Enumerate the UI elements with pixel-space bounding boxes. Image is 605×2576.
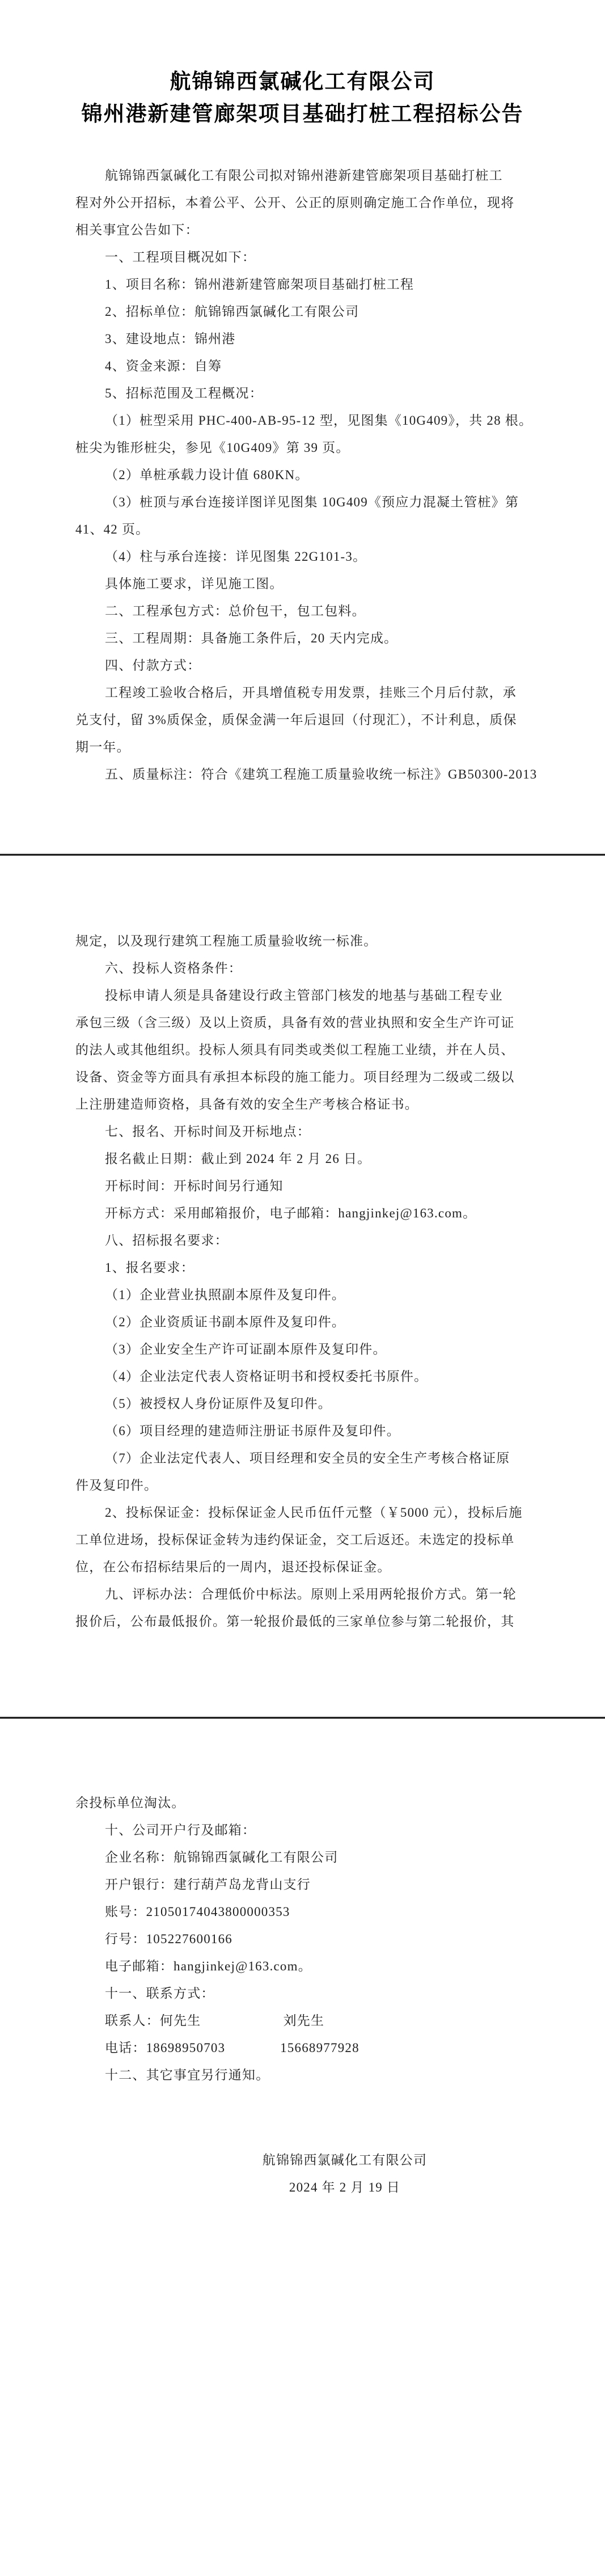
page-divider [0,1716,605,1719]
text-line: 4、资金来源：自筹 [75,353,543,380]
text-line: （5）被授权人身份证原件及复印件。 [75,1390,543,1418]
text-line: 工程竣工验收合格后，开具增值税专用发票，挂账三个月后付款，承 [75,679,543,707]
text-line: 工单位进场，投标保证金转为违约保证金，交工后返还。未选定的投标单 [75,1526,543,1554]
text-line: 二、工程承包方式：总价包干，包工包料。 [75,598,543,625]
text-line: （4）柱与承台连接：详见图集 22G101-3。 [75,543,543,570]
text-line: 九、评标办法：合理低价中标法。原则上采用两轮报价方式。第一轮 [75,1581,543,1608]
text-line: 程对外公开招标，本着公平、公开、公正的原则确定施工合作单位，现将 [75,189,543,217]
text-line: 八、招标报名要求： [75,1227,543,1254]
text-line: 相关事宜公告如下： [75,217,543,244]
text-line: （2）企业资质证书副本原件及复印件。 [75,1309,543,1336]
text-line: 开标方式：采用邮箱报价，电子邮箱：hangjinkej@163.com。 [75,1200,543,1227]
text-line: （2）单桩承载力设计值 680KN。 [75,462,543,489]
text-line: （7）企业法定代表人、项目经理和安全员的安全生产考核合格证原 [75,1445,543,1472]
page-3-body: 余投标单位淘汰。十、公司开户行及邮箱：企业名称：航锦锦西氯碱化工有限公司开户银行… [75,1790,543,2089]
text-line: 上注册建造师资格，具备有效的安全生产考核合格证书。 [75,1091,543,1118]
text-line: （4）企业法定代表人资格证明书和授权委托书原件。 [75,1363,543,1390]
text-line: 报名截止日期：截止到 2024 年 2 月 26 日。 [75,1145,543,1173]
text-line: 十一、联系方式： [75,1980,543,2007]
title-line-2: 锦州港新建管廊架项目基础打桩工程招标公告 [0,98,605,130]
text-line: （1）桩型采用 PHC-400-AB-95-12 型，见图集《10G409》，共… [75,407,543,434]
page-divider-line [0,854,605,856]
text-line: 2、投标保证金：投标保证金人民币伍仟元整（￥5000 元），投标后施 [75,1499,543,1526]
text-line: 的法人或其他组织。投标人须具有同类或类似工程施工业绩，并在人员、 [75,1037,543,1064]
document-title: 航锦锦西氯碱化工有限公司 锦州港新建管廊架项目基础打桩工程招标公告 [0,66,605,130]
text-line: 账号：21050174043800000353 [75,1898,543,1926]
text-line: 兑支付，留 3%质保金，质保金满一年后退回（付现汇），不计利息，质保 [75,707,543,734]
text-line: 投标申请人须是具备建设行政主管部门核发的地基与基础工程专业 [75,982,543,1009]
signature-block: 航锦锦西氯碱化工有限公司 2024 年 2 月 19 日 [112,2147,577,2201]
text-line: 四、付款方式： [75,652,543,679]
text-line: 41、42 页。 [75,516,543,543]
text-line: 2、招标单位：航锦锦西氯碱化工有限公司 [75,298,543,325]
text-line: 企业名称：航锦锦西氯碱化工有限公司 [75,1844,543,1871]
text-line: 电子邮箱：hangjinkej@163.com。 [75,1953,543,1980]
text-line: 六、投标人资格条件： [75,955,543,982]
text-line: 开标时间：开标时间另行通知 [75,1173,543,1200]
text-line: 期一年。 [75,734,543,761]
text-line: 5、招标范围及工程概况： [75,380,543,407]
text-line: 三、工程周期：具备施工条件后，20 天内完成。 [75,625,543,652]
text-line: 五、质量标注：符合《建筑工程施工质量验收统一标注》GB50300-2013 [75,761,543,788]
text-line: 十、公司开户行及邮箱： [75,1817,543,1844]
text-line: （3）企业安全生产许可证副本原件及复印件。 [75,1336,543,1363]
text-line: （6）项目经理的建造师注册证书原件及复印件。 [75,1418,543,1445]
document-page: 航锦锦西氯碱化工有限公司 锦州港新建管廊架项目基础打桩工程招标公告 航锦锦西氯碱… [0,0,605,2576]
signature-date: 2024 年 2 月 19 日 [112,2174,577,2201]
page-divider [0,853,605,856]
text-line: 航锦锦西氯碱化工有限公司拟对锦州港新建管廊架项目基础打桩工 [75,162,543,189]
text-line: 3、建设地点：锦州港 [75,325,543,353]
signature-company: 航锦锦西氯碱化工有限公司 [112,2147,577,2174]
page-1-body: 航锦锦西氯碱化工有限公司拟对锦州港新建管廊架项目基础打桩工程对外公开招标，本着公… [75,162,543,788]
text-line: 余投标单位淘汰。 [75,1790,543,1817]
text-line: 设备、资金等方面具有承担本标段的施工能力。项目经理为二级或二级以 [75,1064,543,1091]
text-line: 承包三级（含三级）及以上资质，具备有效的营业执照和安全生产许可证 [75,1009,543,1037]
text-line: 行号：105227600166 [75,1926,543,1953]
text-line: 件及复印件。 [75,1472,543,1499]
text-line: 1、报名要求： [75,1254,543,1281]
text-line: 联系人：何先生 刘先生 [75,2007,543,2034]
text-line: 十二、其它事宜另行通知。 [75,2062,543,2089]
text-line: 桩尖为锥形桩尖，参见《10G409》第 39 页。 [75,434,543,462]
page-2-body: 规定，以及现行建筑工程施工质量验收统一标准。六、投标人资格条件：投标申请人须是具… [75,928,543,1635]
text-line: 电话：18698950703 15668977928 [75,2034,543,2062]
text-line: 一、工程项目概况如下： [75,244,543,271]
text-line: 位，在公布招标结果后的一周内，退还投标保证金。 [75,1554,543,1581]
text-line: 开户银行：建行葫芦岛龙背山支行 [75,1871,543,1898]
text-line: 1、项目名称：锦州港新建管廊架项目基础打桩工程 [75,271,543,298]
text-line: （1）企业营业执照副本原件及复印件。 [75,1281,543,1309]
text-line: 具体施工要求，详见施工图。 [75,570,543,598]
text-line: 七、报名、开标时间及开标地点： [75,1118,543,1145]
text-line: （3）桩顶与承台连接详图详见图集 10G409《预应力混凝土管桩》第 [75,489,543,516]
text-line: 报价后，公布最低报价。第一轮报价最低的三家单位参与第二轮报价，其 [75,1608,543,1635]
page-divider-line [0,1717,605,1719]
text-line: 规定，以及现行建筑工程施工质量验收统一标准。 [75,928,543,955]
title-line-1: 航锦锦西氯碱化工有限公司 [0,66,605,98]
